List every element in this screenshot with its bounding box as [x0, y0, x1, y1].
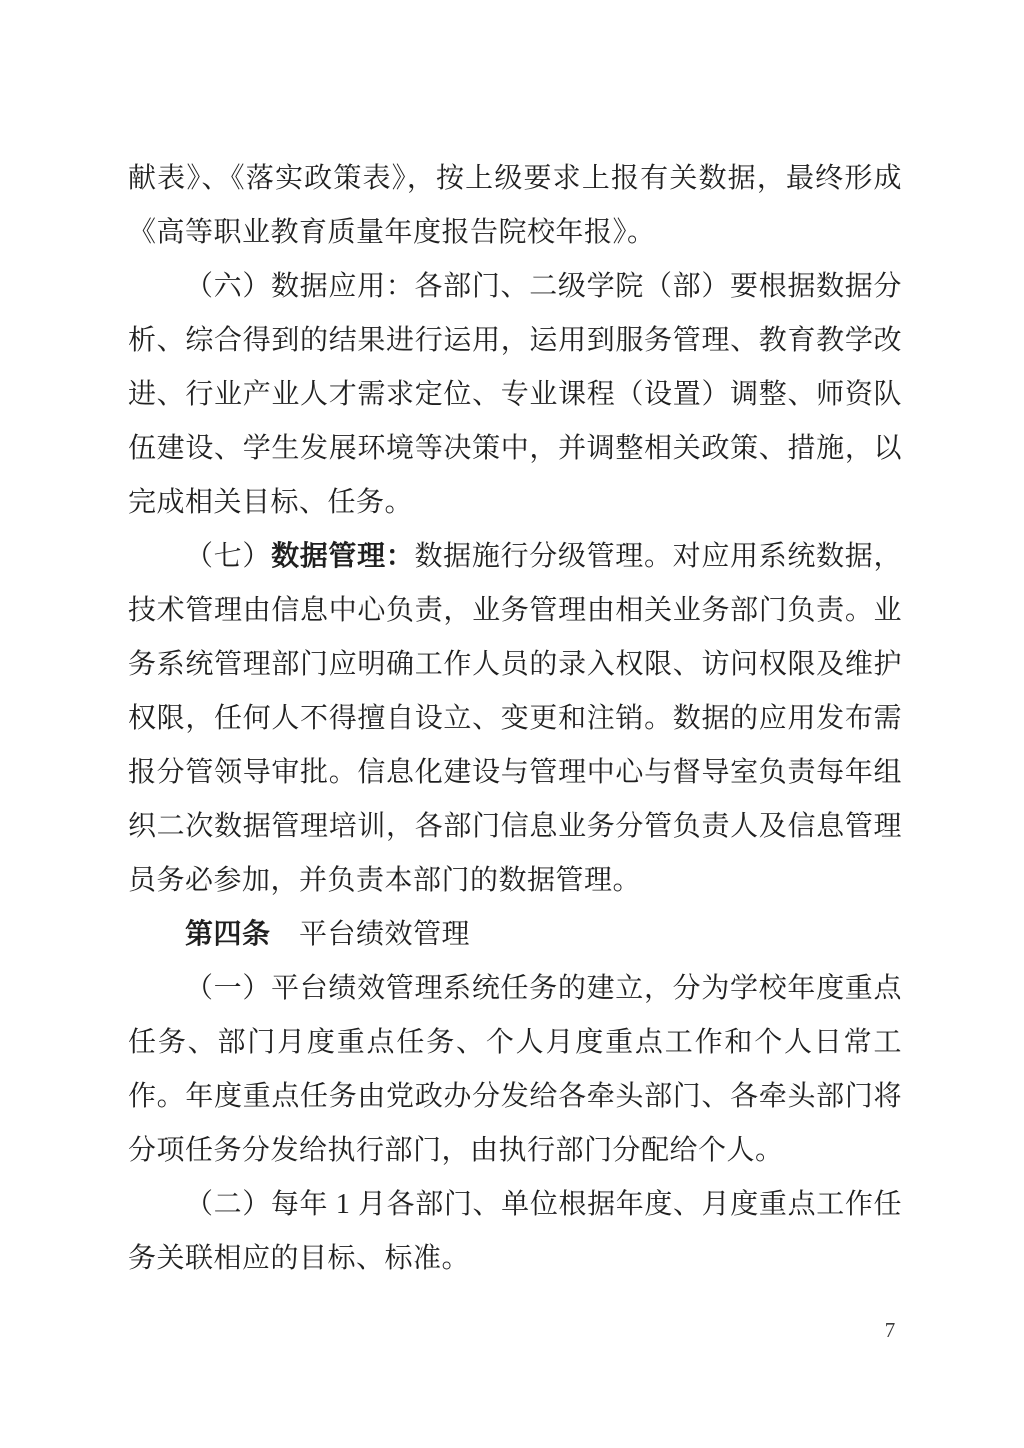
paragraph: （六）数据应用：各部门、二级学院（部）要根据数据分析、综合得到的结果进行运用，运… [128, 260, 902, 530]
paragraph: （二）每年 1 月各部门、单位根据年度、月度重点工作任务关联相应的目标、标准。 [128, 1178, 902, 1286]
text-run: （七） [185, 541, 271, 572]
text-run: 献表》、《落实政策表》，按上级要求上报有关数据，最终形成《高等职业教育质量年度报… [128, 163, 902, 248]
paragraph: 第四条 平台绩效管理 [128, 908, 902, 962]
document-body: 献表》、《落实政策表》，按上级要求上报有关数据，最终形成《高等职业教育质量年度报… [128, 152, 902, 1286]
bold-text-run: 第四条 [185, 919, 271, 950]
paragraph: （一）平台绩效管理系统任务的建立，分为学校年度重点任务、部门月度重点任务、个人月… [128, 962, 902, 1178]
text-run: 数据施行分级管理。对应用系统数据，技术管理由信息中心负责，业务管理由相关业务部门… [128, 541, 902, 896]
bold-text-run: 数据管理： [271, 541, 414, 572]
paragraph: （七）数据管理：数据施行分级管理。对应用系统数据，技术管理由信息中心负责，业务管… [128, 530, 902, 908]
document-page: 献表》、《落实政策表》，按上级要求上报有关数据，最终形成《高等职业教育质量年度报… [0, 0, 1024, 1448]
text-run: （二）每年 1 月各部门、单位根据年度、月度重点工作任务关联相应的目标、标准。 [128, 1189, 902, 1274]
text-run: （六）数据应用：各部门、二级学院（部）要根据数据分析、综合得到的结果进行运用，运… [128, 271, 902, 518]
text-run: 平台绩效管理 [271, 919, 471, 950]
page-number: 7 [860, 1315, 920, 1345]
text-run: （一）平台绩效管理系统任务的建立，分为学校年度重点任务、部门月度重点任务、个人月… [128, 973, 902, 1166]
paragraph: 献表》、《落实政策表》，按上级要求上报有关数据，最终形成《高等职业教育质量年度报… [128, 152, 902, 260]
